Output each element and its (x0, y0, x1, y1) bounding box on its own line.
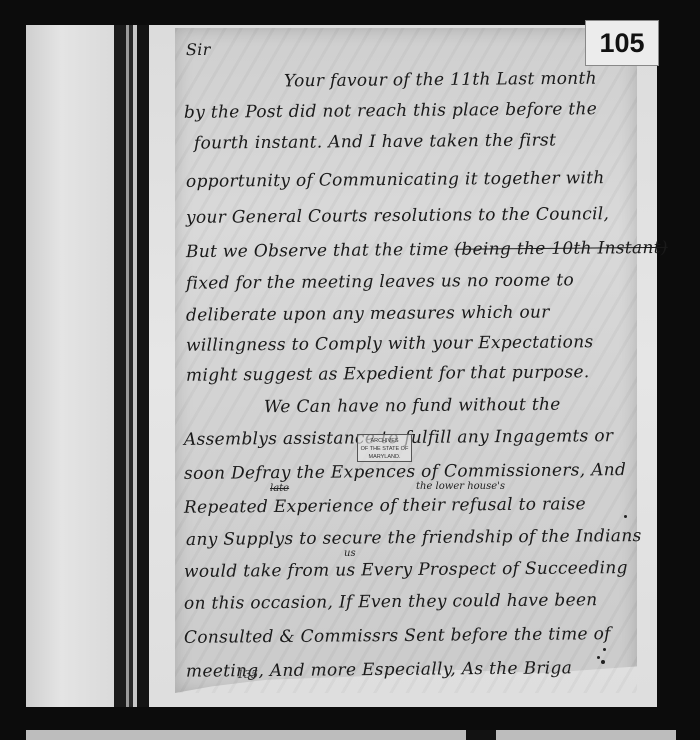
stamp-line: MARYLAND. (358, 453, 411, 461)
interlinear-insert: late (270, 483, 289, 494)
letter-line-6: But we Observe that the time (being the … (186, 238, 668, 262)
letter-line-13: soon Defray the Expences of Commissioner… (184, 460, 626, 484)
letter-line-14: Repeated Experience of their refusal to … (184, 494, 586, 518)
letter-line-18: Consulted & Commissrs Sent before the ti… (184, 624, 611, 648)
struck-text: (being the 10th Instant) (454, 238, 667, 260)
interlinear-insert: the lower house's (416, 481, 505, 492)
film-divider (137, 25, 149, 707)
letter-line-5: your General Courts resolutions to the C… (186, 204, 609, 228)
letter-line-10: might suggest as Expedient for that purp… (186, 362, 590, 386)
letter-line-3: fourth instant. And I have taken the fir… (194, 130, 556, 153)
letter-line-16: would take from us Every Prospect of Suc… (184, 558, 628, 582)
ink-spot (597, 656, 600, 659)
letter-line-1: Your favour of the 11th Last month (284, 69, 597, 92)
letter-line-4: opportunity of Communicating it together… (186, 168, 605, 192)
letter-line-7: fixed for the meeting leaves us no roome… (186, 270, 574, 293)
salutation: Sir (186, 40, 211, 59)
ink-spot (603, 648, 606, 651)
page-number-label: 105 (585, 20, 659, 66)
ink-spot (601, 660, 605, 664)
next-frame-edge (26, 730, 676, 740)
blank-left-page (26, 25, 114, 707)
film-divider (466, 730, 496, 740)
ink-spot (624, 515, 627, 518)
letter-line-8: deliberate upon any measures which our (186, 302, 550, 325)
letter-line-2: by the Post did not reach this place bef… (184, 99, 597, 123)
archives-stamp: ARCHIVES OF THE STATE OF MARYLAND. (357, 434, 412, 462)
letter-line-15: any Supplys to secure the friendship of … (186, 526, 642, 550)
folio-mark: 135 (237, 668, 258, 681)
letter-line-17: on this occasion, If Even they could hav… (184, 590, 598, 614)
letter-line-9: willingness to Comply with your Expectat… (186, 332, 594, 356)
film-divider (114, 25, 126, 707)
stamp-line: OF THE STATE OF (358, 445, 411, 453)
interlinear-insert: us (344, 548, 356, 559)
stamp-line: ARCHIVES (358, 437, 411, 445)
letter-line-11: We Can have no fund without the (264, 395, 561, 418)
